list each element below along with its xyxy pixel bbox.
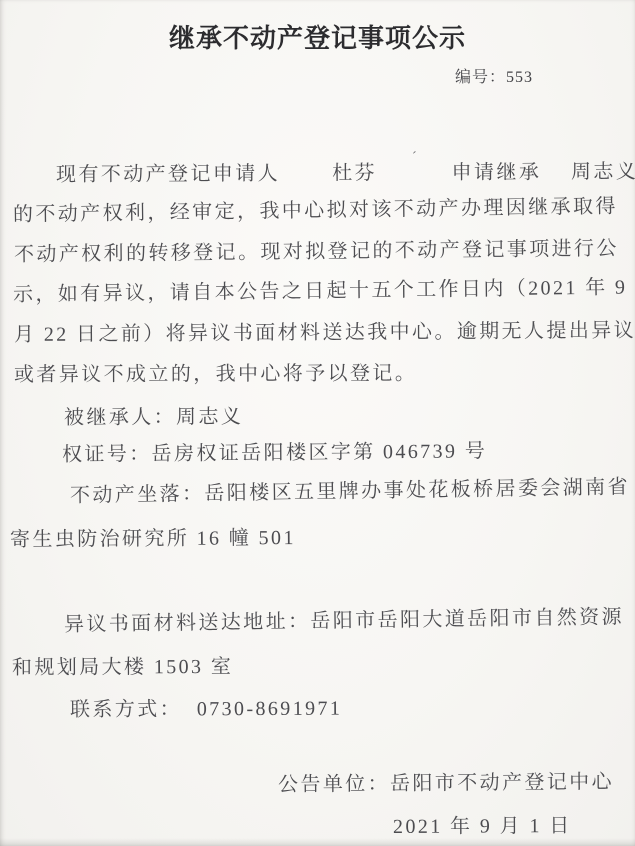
- paragraph-line: 示，如有异议，请自本公告之日起十五个工作日内（2021 年 9: [13, 270, 628, 307]
- paragraph-line: 月 22 日之前）将异议书面材料送达我中心。逾期无人提出异议: [14, 314, 635, 347]
- paragraph-line: 不动产权利的转移登记。现对拟登记的不动产登记事项进行公: [14, 232, 619, 267]
- paragraph-line: 或者异议不成立的，我中心将予以登记。: [14, 357, 417, 387]
- issue-date: 2021 年 9 月 1 日: [393, 809, 572, 839]
- detail-line-location: 不动产坐落：岳阳楼区五里牌办事处花板桥居委会湖南省: [70, 470, 630, 508]
- document-number: 编号：553: [455, 64, 533, 87]
- detail-line-decedent: 被继承人：周志义: [64, 400, 243, 430]
- detail-line-location-cont: 寄生虫防治研究所 16 幢 501: [10, 521, 296, 552]
- contact-line-address-cont: 和规划局大楼 1503 室: [12, 650, 233, 680]
- issuing-unit: 公告单位：岳阳市不动产登记中心: [278, 765, 614, 797]
- document-title: 继承不动产登记事项公示: [0, 18, 635, 55]
- detail-line-certificate: 权证号：岳房权证岳阳楼区字第 046739 号: [62, 434, 487, 467]
- paragraph-line: 的不动产权利，经审定，我中心拟对该不动产办理因继承取得: [13, 190, 618, 227]
- contact-line-address: 异议书面材料送达地址：岳阳市岳阳大道岳阳市自然资源: [64, 600, 624, 637]
- announcement-document: 继承不动产登记事项公示 编号：553 现有不动产登记申请人 杜芬 申请继承 周志…: [0, 0, 635, 846]
- paragraph-line: 现有不动产登记申请人 杜芬 申请继承 周志义: [56, 155, 635, 187]
- stray-pen-mark: ˊ: [412, 150, 417, 166]
- contact-line-phone: 联系方式： 0730-8691971: [70, 692, 342, 722]
